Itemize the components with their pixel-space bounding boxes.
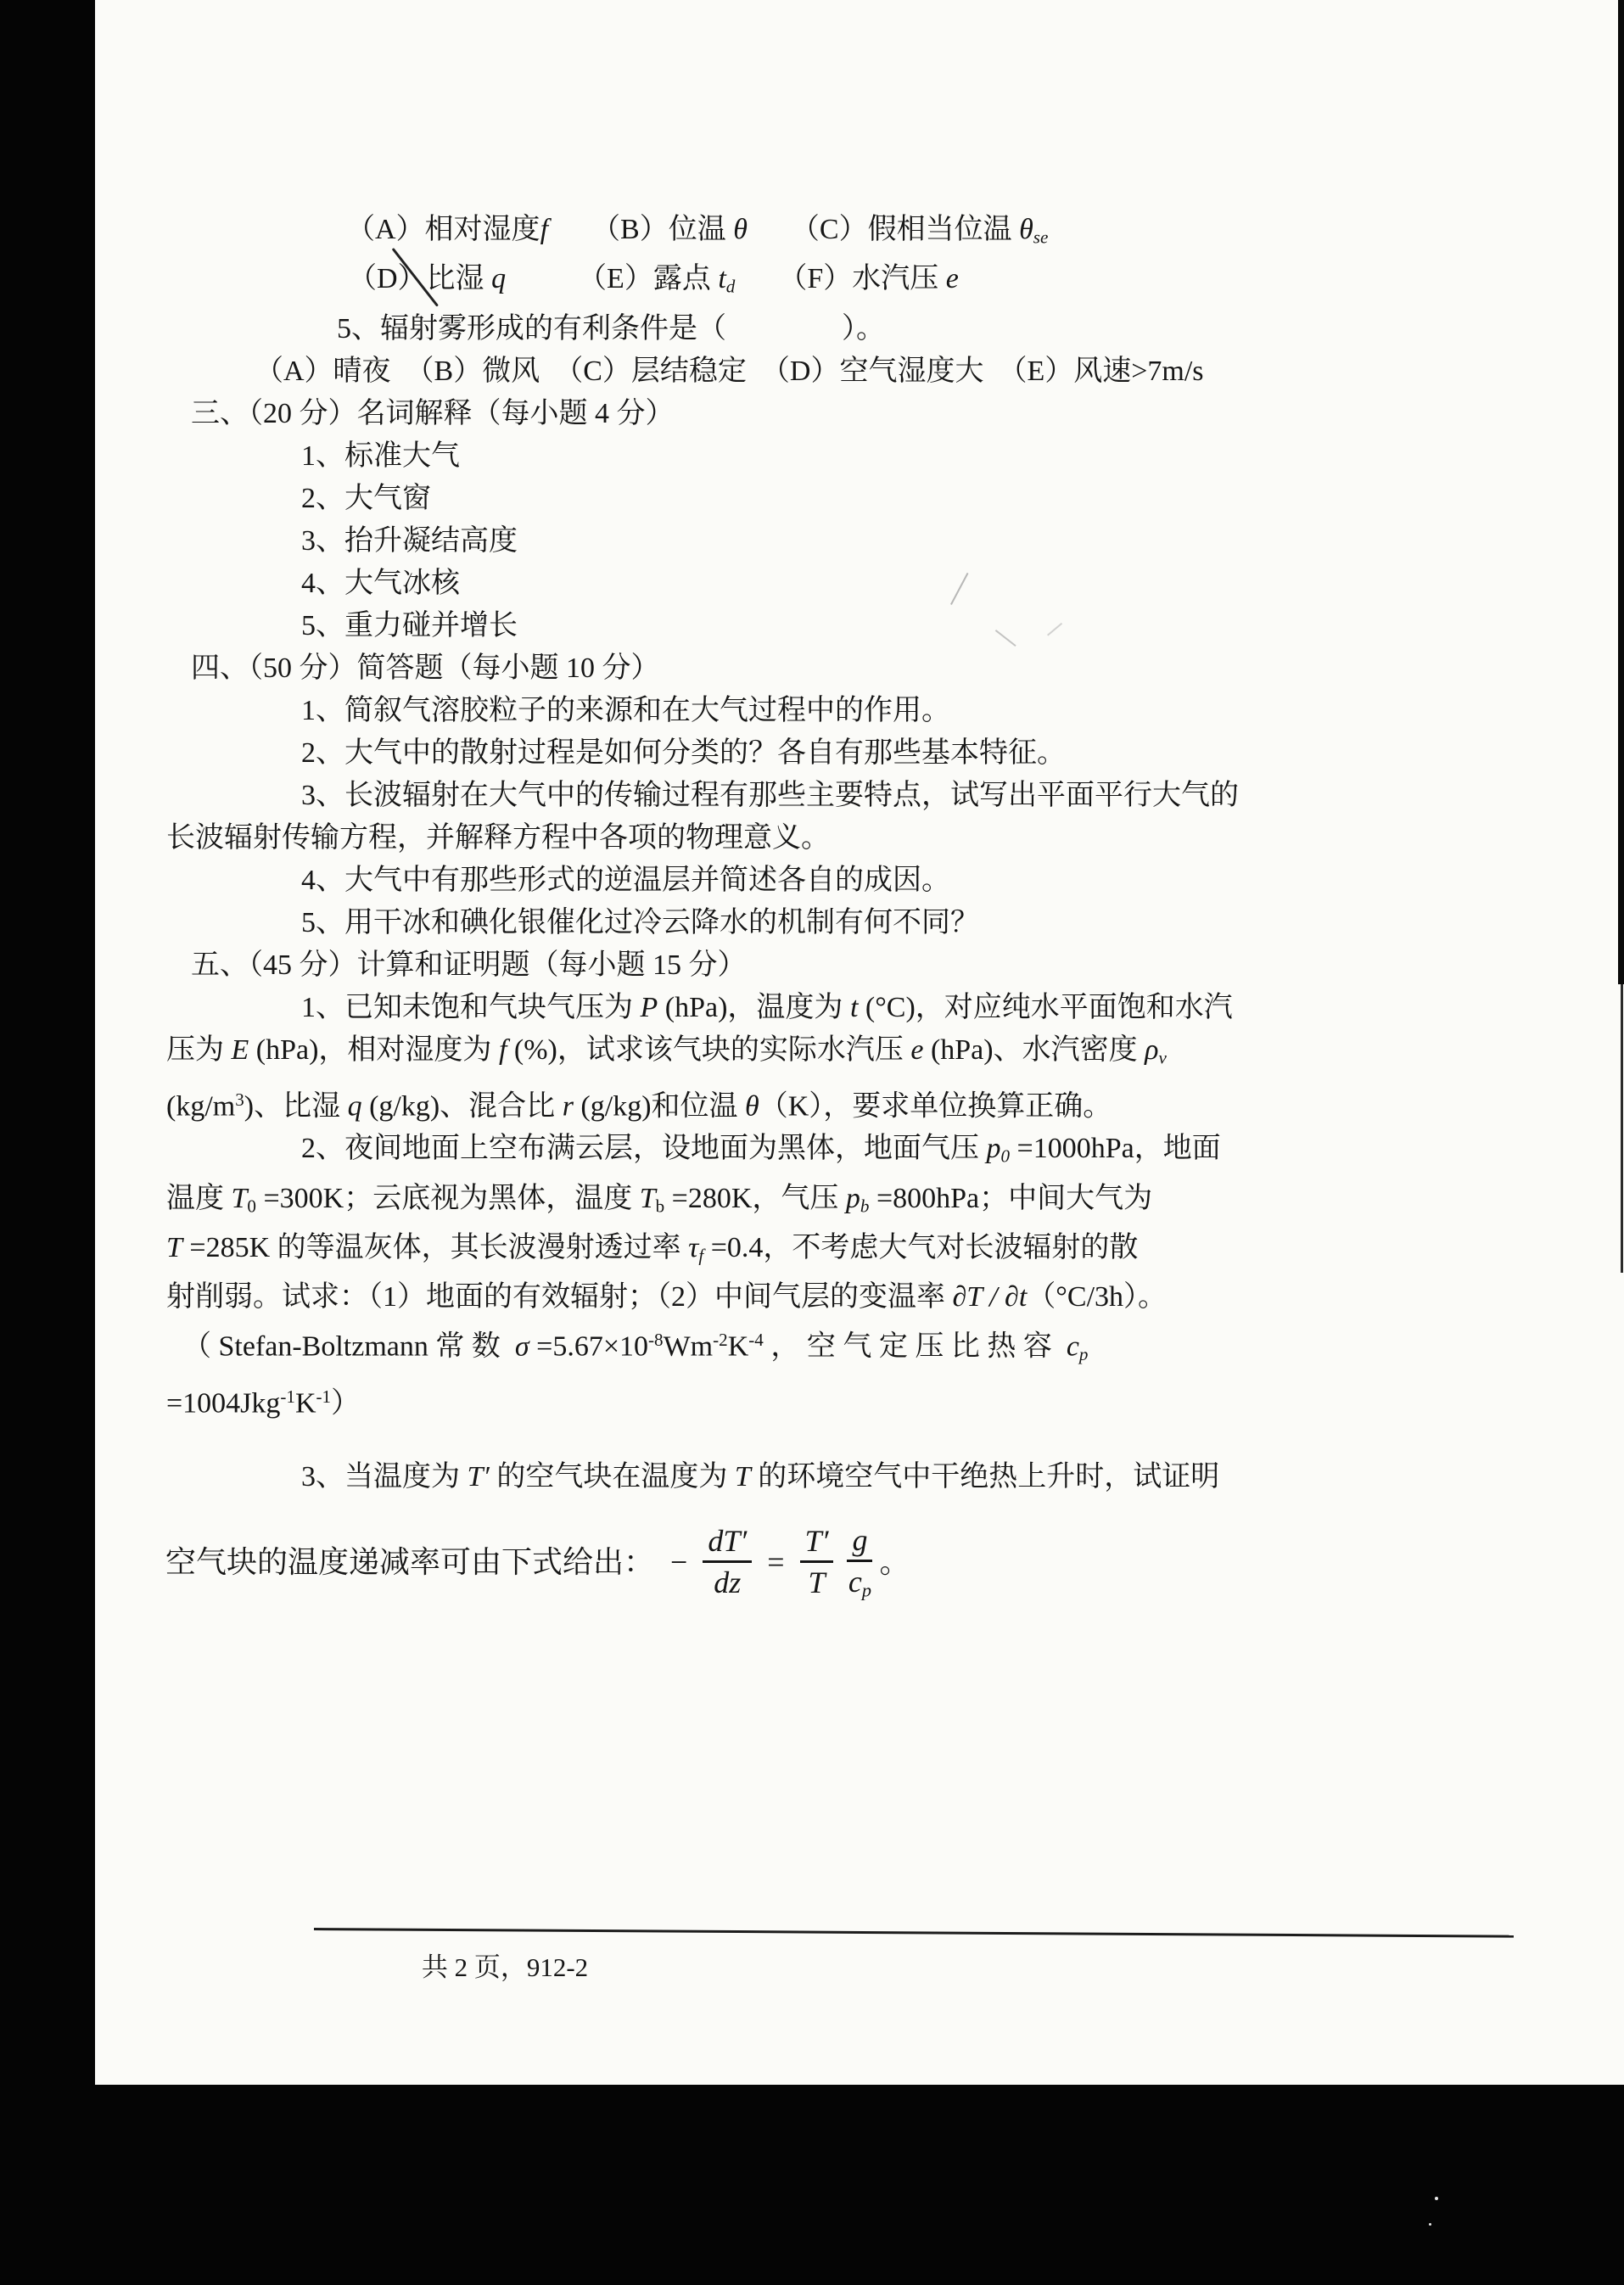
text-segment: 3、当温度为: [301, 1461, 468, 1493]
text-segment: E: [232, 1034, 249, 1066]
text-line: 2、大气中的散射过程是如何分类的？各自有那些基本特征。: [95, 732, 1624, 775]
text-segment: b: [860, 1196, 870, 1216]
text-segment: (hPa)、水汽密度: [923, 1034, 1145, 1066]
fraction: dT′dz: [703, 1524, 752, 1600]
text-segment: b: [656, 1196, 665, 1216]
text-segment: 四、（50 分）简答题（每小题 10 分）: [191, 652, 660, 684]
text-segment: g: [852, 1523, 867, 1557]
text-segment: （ Stefan-Boltzmann 常 数: [182, 1331, 515, 1363]
text-line: 空气块的温度递减率可由下式给出： −dT′dz=T′Tgcp。: [95, 1507, 1624, 1617]
text-segment: =800hPa；中间大气为: [869, 1183, 1152, 1214]
text-segment: se: [1033, 227, 1049, 247]
text-segment: （°C/3h）。: [1027, 1281, 1167, 1313]
text-line: 5、重力碰并增长: [95, 605, 1624, 647]
text-line: 5、辐射雾形成的有利条件是（ ）。: [95, 308, 1624, 350]
page-footer: 共 2 页，912-2: [335, 1946, 675, 1984]
text-line: 三、（20 分）名词解释（每小题 4 分）: [95, 393, 1624, 435]
text-segment: 射削弱。试求：（1）地面的有效辐射；（2）中间气层的变温率: [166, 1281, 953, 1313]
text-segment: 5、用干冰和碘化银催化过冷云降水的机制有何不同？: [301, 907, 979, 938]
text-segment: =1000hPa，地面: [1010, 1133, 1221, 1164]
text-segment: 三、（20 分）名词解释（每小题 4 分）: [191, 398, 675, 429]
text-line: 4、大气中有那些形式的逆温层并简述各自的成因。: [95, 860, 1624, 902]
text-segment: 1、标准大气: [301, 440, 460, 472]
text-segment: -8: [648, 1330, 664, 1350]
text-segment: d: [726, 277, 736, 297]
text-segment: (g/kg)和位温: [574, 1090, 745, 1122]
text-segment: （E）露点: [506, 263, 718, 294]
text-segment: =300K；云底视为黑体，温度: [256, 1183, 640, 1214]
text-segment: （F）水汽压: [735, 263, 945, 294]
text-line: 1、标准大气: [95, 435, 1624, 478]
text-segment: =0.4，不考虑大气对长波辐射的散: [703, 1232, 1138, 1263]
text-segment: -1: [280, 1386, 295, 1407]
text-segment: （B）位温: [548, 214, 733, 245]
text-segment: （C）假相当位温: [748, 214, 1019, 245]
text-segment: ）: [331, 1388, 360, 1420]
text-line: T =285K 的等温灰体，其长波漫射透过率 τf =0.4，不考虑大气对长波辐…: [95, 1227, 1624, 1276]
text-line: 1、已知未饱和气块气压为 P (hPa)，温度为 t (°C)，对应纯水平面饱和…: [95, 987, 1624, 1029]
text-line: 压为 E (hPa)，相对湿度为 f (%)，试求该气块的实际水汽压 e (hP…: [95, 1029, 1624, 1078]
text-segment: 长波辐射传输方程，并解释方程中各项的物理意义。: [166, 822, 830, 854]
text-segment: T: [735, 1461, 751, 1493]
text-segment: 2、夜间地面上空布满云层，设地面为黑体，地面气压: [301, 1133, 987, 1164]
text-segment: 。: [879, 1541, 910, 1583]
text-line: 射削弱。试求：（1）地面的有效辐射；（2）中间气层的变温率 ∂T / ∂t（°C…: [95, 1276, 1624, 1319]
text-segment: =: [759, 1541, 792, 1583]
text-segment: p: [862, 1580, 871, 1601]
text-segment: ， 空 气 定 压 比 热 容: [764, 1331, 1067, 1363]
text-line: 3、抬升凝结高度: [95, 520, 1624, 563]
text-line: 4、大气冰核: [95, 563, 1624, 605]
text-segment: 的环境空气中干绝热上升时，试证明: [751, 1461, 1220, 1493]
fraction: gcp: [847, 1523, 872, 1601]
text-segment: ∂T / ∂t: [953, 1281, 1028, 1313]
text-segment: dT′: [708, 1524, 747, 1558]
text-line: 3、当温度为 T′ 的空气块在温度为 T 的环境空气中干绝热上升时，试证明: [95, 1456, 1624, 1498]
text-segment: 3: [235, 1089, 244, 1110]
text-segment: v: [1158, 1047, 1166, 1067]
text-segment: =280K，气压: [664, 1183, 846, 1214]
text-segment: p: [846, 1183, 860, 1214]
text-segment: K: [728, 1331, 749, 1363]
text-segment: -2: [713, 1330, 728, 1350]
text-line: 3、长波辐射在大气中的传输过程有那些主要特点，试写出平面平行大气的: [95, 775, 1624, 817]
text-line: =1004Jkg-1K-1）: [95, 1375, 1624, 1425]
text-segment: c: [848, 1565, 862, 1599]
text-segment: σ: [515, 1331, 529, 1363]
text-segment: （D）比湿: [348, 263, 491, 294]
text-segment: )、比湿: [244, 1090, 348, 1122]
text-line: 长波辐射传输方程，并解释方程中各项的物理意义。: [95, 817, 1624, 860]
text-segment: 空气块的温度递减率可由下式给出：: [165, 1541, 662, 1583]
text-segment: dz: [714, 1565, 741, 1599]
text-segment: 温度: [166, 1183, 232, 1214]
text-segment: 4、大气冰核: [301, 568, 460, 599]
scan-right-black-strip: [1618, 0, 1624, 984]
text-segment: p: [1079, 1344, 1089, 1364]
text-segment: T: [166, 1232, 182, 1263]
text-segment: τ: [688, 1232, 698, 1263]
text-line: 2、夜间地面上空布满云层，设地面为黑体，地面气压 p0 =1000hPa，地面: [95, 1128, 1624, 1177]
text-segment: 5、辐射雾形成的有利条件是（ ）。: [337, 313, 885, 344]
text-segment: T′: [805, 1524, 829, 1558]
text-line: （A）晴夜 （B）微风 （C）层结稳定 （D）空气湿度大 （E）风速>7m/s: [95, 350, 1624, 393]
text-segment: −: [662, 1541, 696, 1583]
text-segment: 1、简叙气溶胶粒子的来源和在大气过程中的作用。: [301, 695, 950, 726]
text-line: 四、（50 分）简答题（每小题 10 分）: [95, 647, 1624, 690]
text-segment: θ: [733, 214, 748, 245]
text-segment: T: [640, 1183, 656, 1214]
text-segment: 2、大气窗: [301, 483, 431, 514]
text-segment: θ: [1019, 214, 1033, 245]
text-segment: (hPa)，温度为: [658, 992, 850, 1023]
text-segment: 3、抬升凝结高度: [301, 525, 518, 557]
text-segment: (hPa)，相对湿度为: [249, 1034, 499, 1066]
text-segment: (kg/m: [166, 1090, 235, 1122]
text-segment: e: [910, 1034, 923, 1066]
text-segment: -4: [748, 1330, 764, 1350]
text-line: 1、简叙气溶胶粒子的来源和在大气过程中的作用。: [95, 690, 1624, 732]
text-segment: 0: [1001, 1146, 1011, 1167]
text-segment: r: [563, 1090, 574, 1122]
text-segment: (g/kg)、混合比: [362, 1090, 563, 1122]
text-segment: T: [808, 1565, 825, 1599]
text-line: 5、用干冰和碘化银催化过冷云降水的机制有何不同？: [95, 902, 1624, 944]
text-line: (kg/m3)、比湿 q (g/kg)、混合比 r (g/kg)和位温 θ（K）…: [95, 1078, 1624, 1128]
text-segment: 5、重力碰并增长: [301, 610, 518, 641]
text-segment: P: [641, 992, 658, 1023]
text-segment: -1: [316, 1386, 332, 1407]
text-segment: 压为: [166, 1034, 232, 1066]
text-segment: （A）晴夜 （B）微风 （C）层结稳定 （D）空气湿度大 （E）风速>7m/s: [255, 356, 1204, 387]
fraction: T′T: [800, 1524, 834, 1600]
text-segment: 4、大气中有那些形式的逆温层并简述各自的成因。: [301, 865, 950, 896]
text-segment: 2、大气中的散射过程是如何分类的？各自有那些基本特征。: [301, 737, 1066, 769]
text-segment: q: [491, 263, 506, 294]
scanned-exam-sheet: { "footer": { "text": "共 2 页，912-2" }, "…: [0, 0, 1624, 2285]
text-line: （ Stefan-Boltzmann 常 数 σ =5.67×10-8Wm-2K…: [95, 1319, 1624, 1375]
text-segment: （K），要求单位换算正确。: [759, 1090, 1112, 1122]
text-segment: e: [946, 263, 959, 294]
text-segment: p: [987, 1133, 1001, 1164]
text-segment: 3、长波辐射在大气中的传输过程有那些主要特点，试写出平面平行大气的: [301, 780, 1239, 811]
scan-right-black-strip-thin: [1621, 984, 1623, 1273]
text-segment: t: [850, 992, 858, 1023]
text-segment: q: [348, 1090, 362, 1122]
footer-divider-line: [314, 1928, 1514, 1938]
text-segment: 五、（45 分）计算和证明题（每小题 15 分）: [191, 949, 747, 981]
text-segment: f: [499, 1034, 507, 1066]
text-segment: K: [295, 1388, 316, 1420]
text-segment: 的空气块在温度为: [490, 1461, 735, 1493]
text-line: 五、（45 分）计算和证明题（每小题 15 分）: [95, 944, 1624, 987]
text-segment: Wm: [664, 1331, 714, 1363]
text-segment: ρ: [1145, 1034, 1158, 1066]
text-segment: =1004Jkg: [166, 1388, 280, 1420]
scan-speck: [1435, 2197, 1438, 2200]
text-segment: θ: [745, 1090, 759, 1122]
text-segment: (°C)，对应纯水平面饱和水汽: [858, 992, 1232, 1023]
text-line: 2、大气窗: [95, 478, 1624, 520]
text-segment: 0: [247, 1196, 256, 1216]
text-line: 温度 T0 =300K；云底视为黑体，温度 Tb =280K，气压 pb =80…: [95, 1178, 1624, 1227]
text-segment: t: [718, 263, 725, 294]
text-segment: c: [1067, 1331, 1079, 1363]
document-body: （A）相对湿度f （B）位温 θ （C）假相当位温 θse（D）比湿 q （E）…: [95, 209, 1624, 1617]
text-segment: （A）相对湿度: [346, 214, 540, 245]
scan-speck: [1429, 2223, 1431, 2226]
text-line: （A）相对湿度f （B）位温 θ （C）假相当位温 θse: [95, 209, 1624, 258]
text-segment: T′: [468, 1461, 490, 1493]
exam-page: （A）相对湿度f （B）位温 θ （C）假相当位温 θse（D）比湿 q （E）…: [95, 0, 1624, 2085]
text-segment: f: [540, 214, 548, 245]
text-segment: =5.67×10: [529, 1331, 648, 1363]
text-segment: 1、已知未饱和气块气压为: [301, 992, 641, 1023]
text-line: （D）比湿 q （E）露点 td （F）水汽压 e: [95, 258, 1624, 307]
text-segment: T: [232, 1183, 248, 1214]
text-segment: =285K 的等温灰体，其长波漫射透过率: [182, 1232, 688, 1263]
text-segment: (%)，试求该气块的实际水汽压: [507, 1034, 910, 1066]
